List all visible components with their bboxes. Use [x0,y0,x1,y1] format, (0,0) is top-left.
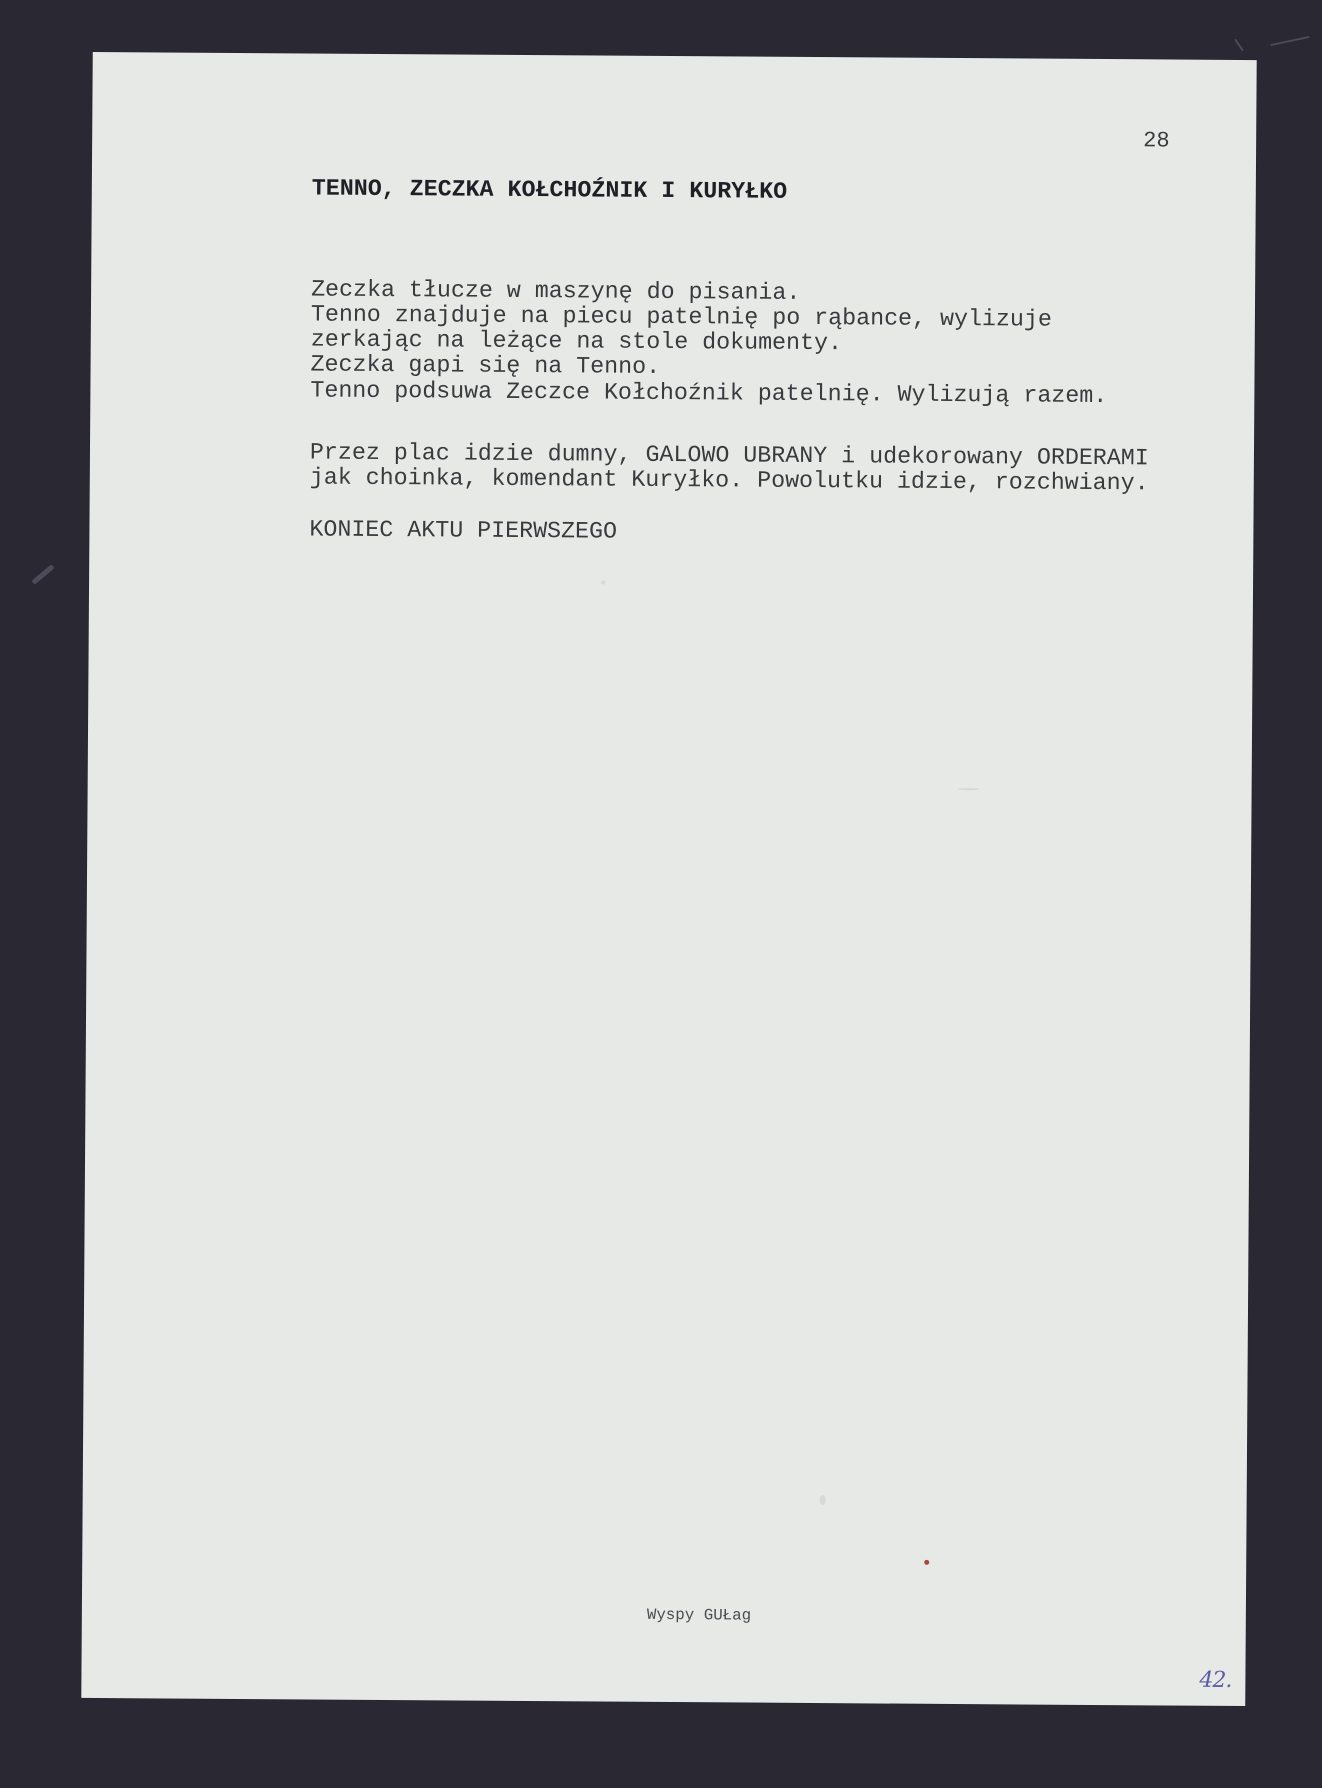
paper-smudge [820,1495,826,1505]
background-scratch [1270,36,1310,46]
text-line: KONIEC AKTU PIERWSZEGO [309,517,617,544]
background-scratch [31,564,54,585]
handwritten-sheet-number: 42. [1199,1670,1231,1692]
scene-title: TENNO, ZECZKA KOŁCHOŹNIK I KURYŁKO [312,177,787,204]
paper-smudge [958,788,980,790]
act-end-note: KONIEC AKTU PIERWSZEGO [309,466,617,595]
ink-spot [924,1560,929,1565]
background-scratch [1234,39,1244,52]
page-number: 28 [1143,130,1170,152]
paper-smudge [601,581,605,585]
document-page: 28 TENNO, ZECZKA KOŁCHOŹNIK I KURYŁKO Ze… [81,52,1256,1706]
document-footer: Wyspy GUŁag [647,1608,751,1625]
